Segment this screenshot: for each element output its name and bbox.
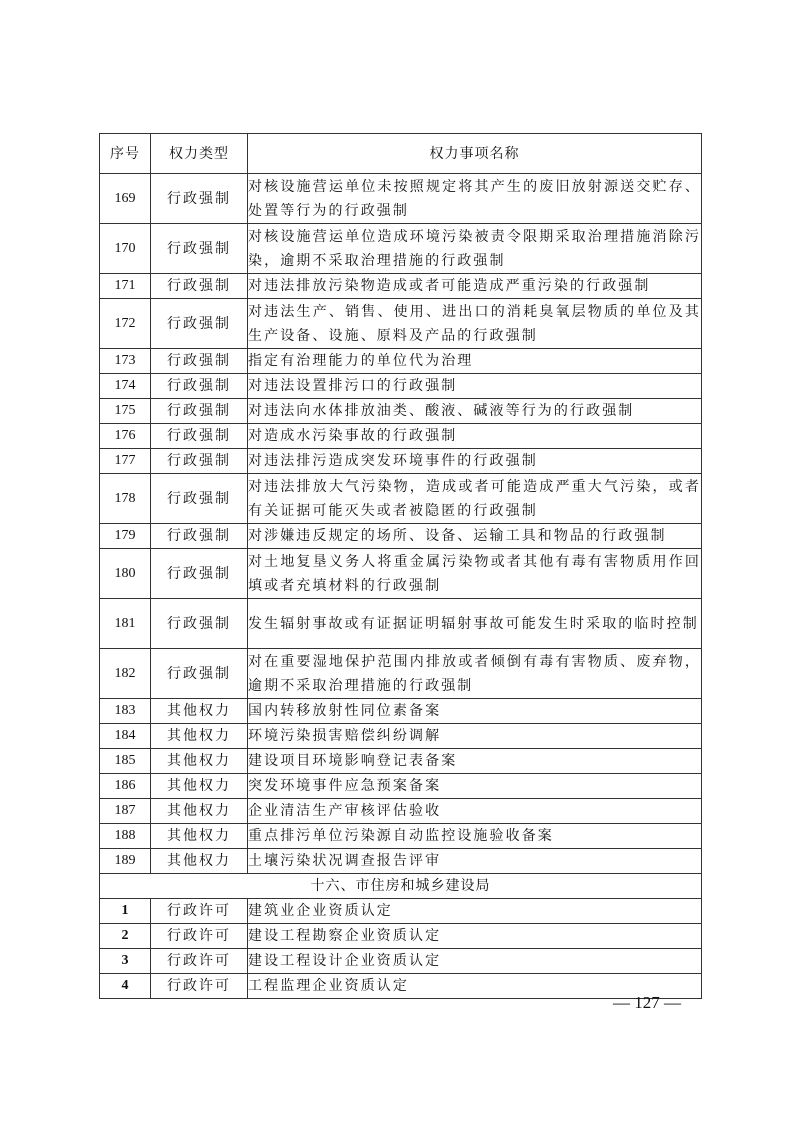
table-body: 169行政强制对核设施营运单位未按照规定将其产生的废旧放射源送交贮存、处置等行为…: [100, 174, 702, 874]
power-item-name-cell: 对违法生产、销售、使用、进出口的消耗臭氧层物质的单位及其生产设备、设施、原料及产…: [248, 299, 702, 349]
power-type-cell: 其他权力: [151, 849, 248, 874]
serial-number-cell: 4: [100, 974, 151, 999]
table-row: 172行政强制对违法生产、销售、使用、进出口的消耗臭氧层物质的单位及其生产设备、…: [100, 299, 702, 349]
table-row: 176行政强制对造成水污染事故的行政强制: [100, 424, 702, 449]
serial-number-cell: 177: [100, 449, 151, 474]
table-row: 177行政强制对违法排污造成突发环境事件的行政强制: [100, 449, 702, 474]
serial-number-cell: 181: [100, 599, 151, 649]
serial-number-cell: 184: [100, 724, 151, 749]
power-item-name-cell: 对违法排放大气污染物，造成或者可能造成严重大气污染，或者有关证据可能灭失或者被隐…: [248, 474, 702, 524]
serial-number-cell: 176: [100, 424, 151, 449]
power-list-table: 序号 权力类型 权力事项名称 169行政强制对核设施营运单位未按照规定将其产生的…: [99, 133, 702, 999]
power-type-cell: 行政强制: [151, 274, 248, 299]
power-item-name-cell: 重点排污单位污染源自动监控设施验收备案: [248, 824, 702, 849]
power-item-name-cell: 对违法排放污染物造成或者可能造成严重污染的行政强制: [248, 274, 702, 299]
serial-number-cell: 180: [100, 549, 151, 599]
power-item-name-cell: 建设工程设计企业资质认定: [248, 949, 702, 974]
power-type-cell: 其他权力: [151, 699, 248, 724]
table-row: 181行政强制发生辐射事故或有证据证明辐射事故可能发生时采取的临时控制: [100, 599, 702, 649]
power-type-cell: 行政强制: [151, 549, 248, 599]
serial-number-cell: 187: [100, 799, 151, 824]
table-row: 187其他权力企业清洁生产审核评估验收: [100, 799, 702, 824]
serial-number-cell: 189: [100, 849, 151, 874]
power-item-name-cell: 建筑业企业资质认定: [248, 899, 702, 924]
power-item-name-cell: 对造成水污染事故的行政强制: [248, 424, 702, 449]
table-row: 169行政强制对核设施营运单位未按照规定将其产生的废旧放射源送交贮存、处置等行为…: [100, 174, 702, 224]
power-item-name-cell: 对在重要湿地保护范围内排放或者倾倒有毒有害物质、废弃物，逾期不采取治理措施的行政…: [248, 649, 702, 699]
power-item-name-cell: 对核设施营运单位造成环境污染被责令限期采取治理措施消除污染，逾期不采取治理措施的…: [248, 224, 702, 274]
power-item-name-cell: 对涉嫌违反规定的场所、设备、运输工具和物品的行政强制: [248, 524, 702, 549]
serial-number-cell: 173: [100, 349, 151, 374]
table-row: 170行政强制对核设施营运单位造成环境污染被责令限期采取治理措施消除污染，逾期不…: [100, 224, 702, 274]
power-type-cell: 行政强制: [151, 299, 248, 349]
power-item-name-cell: 对核设施营运单位未按照规定将其产生的废旧放射源送交贮存、处置等行为的行政强制: [248, 174, 702, 224]
power-type-cell: 行政强制: [151, 349, 248, 374]
power-type-cell: 其他权力: [151, 774, 248, 799]
power-type-cell: 其他权力: [151, 724, 248, 749]
power-type-cell: 行政许可: [151, 949, 248, 974]
table-row: 1行政许可建筑业企业资质认定: [100, 899, 702, 924]
power-item-name-cell: 建设工程勘察企业资质认定: [248, 924, 702, 949]
power-type-cell: 其他权力: [151, 749, 248, 774]
power-type-cell: 行政强制: [151, 449, 248, 474]
table-row: 180行政强制对土地复垦义务人将重金属污染物或者其他有毒有害物质用作回填或者充填…: [100, 549, 702, 599]
serial-number-cell: 185: [100, 749, 151, 774]
power-type-cell: 行政强制: [151, 374, 248, 399]
serial-number-cell: 183: [100, 699, 151, 724]
table-header-row: 序号 权力类型 权力事项名称: [100, 134, 702, 174]
table-row: 182行政强制对在重要湿地保护范围内排放或者倾倒有毒有害物质、废弃物，逾期不采取…: [100, 649, 702, 699]
table-row: 184其他权力环境污染损害赔偿纠纷调解: [100, 724, 702, 749]
table-row: 178行政强制对违法排放大气污染物，造成或者可能造成严重大气污染，或者有关证据可…: [100, 474, 702, 524]
power-item-name-cell: 企业清洁生产审核评估验收: [248, 799, 702, 824]
power-type-cell: 行政许可: [151, 974, 248, 999]
power-type-cell: 行政强制: [151, 599, 248, 649]
power-type-cell: 其他权力: [151, 824, 248, 849]
header-serial-number: 序号: [100, 134, 151, 174]
serial-number-cell: 171: [100, 274, 151, 299]
table-row: 3行政许可建设工程设计企业资质认定: [100, 949, 702, 974]
power-type-cell: 行政许可: [151, 899, 248, 924]
section-header-row: 十六、市住房和城乡建设局: [100, 874, 702, 899]
power-item-name-cell: 对土地复垦义务人将重金属污染物或者其他有毒有害物质用作回填或者充填材料的行政强制: [248, 549, 702, 599]
table-row: 4行政许可工程监理企业资质认定: [100, 974, 702, 999]
serial-number-cell: 174: [100, 374, 151, 399]
serial-number-cell: 3: [100, 949, 151, 974]
serial-number-cell: 169: [100, 174, 151, 224]
power-item-name-cell: 突发环境事件应急预案备案: [248, 774, 702, 799]
power-item-name-cell: 国内转移放射性同位素备案: [248, 699, 702, 724]
serial-number-cell: 179: [100, 524, 151, 549]
power-item-name-cell: 对违法设置排污口的行政强制: [248, 374, 702, 399]
table-row: 188其他权力重点排污单位污染源自动监控设施验收备案: [100, 824, 702, 849]
table-row: 173行政强制指定有治理能力的单位代为治理: [100, 349, 702, 374]
serial-number-cell: 175: [100, 399, 151, 424]
header-power-type: 权力类型: [151, 134, 248, 174]
power-item-name-cell: 对违法向水体排放油类、酸液、碱液等行为的行政强制: [248, 399, 702, 424]
serial-number-cell: 1: [100, 899, 151, 924]
serial-number-cell: 186: [100, 774, 151, 799]
table-row: 174行政强制对违法设置排污口的行政强制: [100, 374, 702, 399]
table-row: 189其他权力土壤污染状况调查报告评审: [100, 849, 702, 874]
power-type-cell: 行政强制: [151, 224, 248, 274]
serial-number-cell: 170: [100, 224, 151, 274]
header-power-item-name: 权力事项名称: [248, 134, 702, 174]
power-type-cell: 行政强制: [151, 474, 248, 524]
power-type-cell: 行政强制: [151, 524, 248, 549]
section-title: 十六、市住房和城乡建设局: [100, 874, 702, 899]
power-item-name-cell: 指定有治理能力的单位代为治理: [248, 349, 702, 374]
power-type-cell: 行政许可: [151, 924, 248, 949]
serial-number-cell: 178: [100, 474, 151, 524]
table-row: 171行政强制对违法排放污染物造成或者可能造成严重污染的行政强制: [100, 274, 702, 299]
table-row: 185其他权力建设项目环境影响登记表备案: [100, 749, 702, 774]
table-row: 186其他权力突发环境事件应急预案备案: [100, 774, 702, 799]
section-table-body: 1行政许可建筑业企业资质认定2行政许可建设工程勘察企业资质认定3行政许可建设工程…: [100, 899, 702, 999]
power-item-name-cell: 土壤污染状况调查报告评审: [248, 849, 702, 874]
serial-number-cell: 182: [100, 649, 151, 699]
power-item-name-cell: 发生辐射事故或有证据证明辐射事故可能发生时采取的临时控制: [248, 599, 702, 649]
power-type-cell: 其他权力: [151, 799, 248, 824]
power-item-name-cell: 建设项目环境影响登记表备案: [248, 749, 702, 774]
serial-number-cell: 172: [100, 299, 151, 349]
power-type-cell: 行政强制: [151, 399, 248, 424]
serial-number-cell: 2: [100, 924, 151, 949]
power-type-cell: 行政强制: [151, 649, 248, 699]
power-item-name-cell: 环境污染损害赔偿纠纷调解: [248, 724, 702, 749]
power-type-cell: 行政强制: [151, 174, 248, 224]
serial-number-cell: 188: [100, 824, 151, 849]
table-row: 175行政强制对违法向水体排放油类、酸液、碱液等行为的行政强制: [100, 399, 702, 424]
table-row: 183其他权力国内转移放射性同位素备案: [100, 699, 702, 724]
section-body: 十六、市住房和城乡建设局: [100, 874, 702, 899]
table-row: 179行政强制对涉嫌违反规定的场所、设备、运输工具和物品的行政强制: [100, 524, 702, 549]
power-type-cell: 行政强制: [151, 424, 248, 449]
page-number: — 127 —: [613, 993, 681, 1013]
power-item-name-cell: 对违法排污造成突发环境事件的行政强制: [248, 449, 702, 474]
table-row: 2行政许可建设工程勘察企业资质认定: [100, 924, 702, 949]
